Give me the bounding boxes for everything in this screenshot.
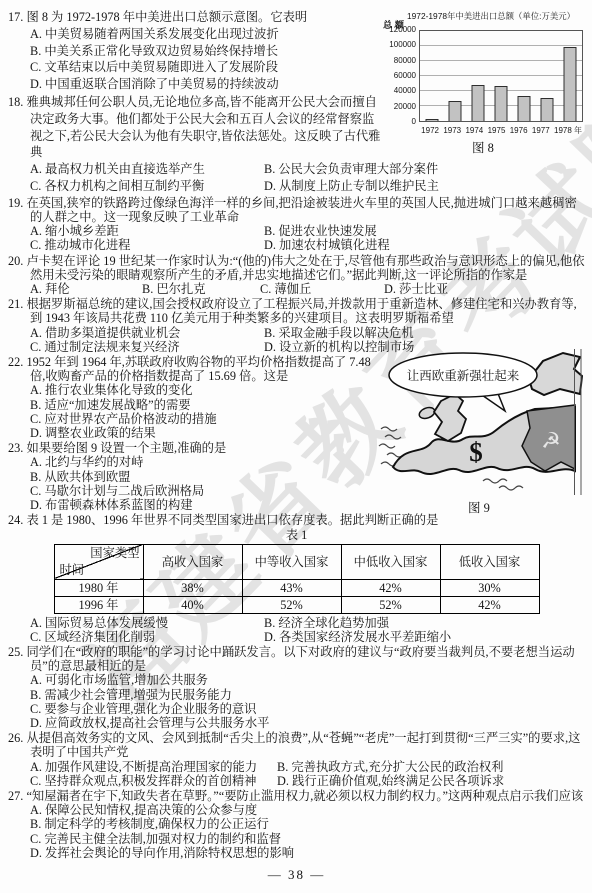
x-tick-label: 1978: [552, 124, 574, 138]
bar-1977: [541, 98, 554, 121]
question-24-options: A. 国际贸易总体发展缓慢B. 经济全球化趋势加强C. 区域经济集团化削弱D. …: [8, 616, 585, 644]
question-number: 17.: [8, 10, 26, 24]
x-tick-label: 1977: [530, 124, 552, 138]
question-20-option-C: C. 薄伽丘: [260, 282, 384, 296]
y-tick-label: 120000: [382, 26, 416, 34]
exam-page: 福建省教育考试院 总额 1972-1978年中美进出口总额（单位:万美元） 02…: [0, 0, 592, 893]
table-row-label: 1980 年: [54, 579, 143, 596]
question-19-option-A: A. 缩小城乡差距: [30, 224, 264, 238]
x-axis-unit: 年: [574, 124, 583, 138]
question-26-option-B: B. 完善执政方式,充分扩大公民的政治权利: [277, 760, 585, 774]
table-cell: 43%: [242, 579, 341, 596]
figure8-chart: 总额 1972-1978年中美进出口总额（单位:万美元） 02000040000…: [381, 9, 585, 155]
chart-x-ticks: 1972197319741975197619771978年: [419, 124, 583, 138]
question-21: 21. 根据罗斯福总统的建议,国会授权政府设立了工程振兴局,并拨款用于重新造林、…: [8, 297, 585, 354]
x-tick-label: 1976: [508, 124, 530, 138]
gridline: [420, 75, 582, 76]
page-content: 总额 1972-1978年中美进出口总额（单位:万美元） 02000040000…: [0, 0, 592, 882]
question-26-options: A. 加强作风建设,不断提高治理国家的能力B. 完善执政方式,充分扩大公民的政治…: [8, 760, 585, 788]
x-tick-label: 1975: [485, 124, 507, 138]
question-18-option-C: C. 各权力机构之间相互制约平衡: [30, 178, 264, 195]
question-21-option-B: B. 采取金融手段以解决危机: [264, 326, 585, 340]
question-19-options: A. 缩小城乡差距B. 促进农业快速发展C. 推动城市化进程D. 加速农村城镇化…: [8, 224, 585, 252]
table1: 国家类型时间高收入国家中等收入国家中低收入国家低收入国家 1980 年38%43…: [54, 544, 540, 614]
section-q17-q18: 总额 1972-1978年中美进出口总额（单位:万美元） 02000040000…: [8, 9, 585, 195]
x-tick-label: 1973: [441, 124, 463, 138]
table1-caption: 表 1: [8, 528, 585, 542]
hammer-sickle-icon: ☭: [541, 428, 561, 453]
ireland-island: [418, 406, 436, 421]
table-cell: 42%: [440, 596, 539, 613]
question-25-option-A: A. 可弱化市场监管,增加公共服务: [30, 673, 585, 687]
table1-body: 1980 年38%43%42%30%1996 年40%52%52%42%: [54, 579, 539, 613]
question-27-option-C: C. 完善民主健全法制,加强对权力的制约和监督: [30, 832, 585, 846]
question-27-option-B: B. 制定科学的考核制度,确保权力的公正运行: [30, 817, 585, 831]
y-tick-label: 40000: [382, 87, 416, 95]
figure8-caption: 图 8: [381, 141, 585, 155]
table-row: 1980 年38%43%42%30%: [54, 579, 539, 596]
question-24-option-C: C. 区域经济集团化削弱: [30, 630, 264, 644]
figure9-cartoon: ☭ $ 让西欧重新强壮起来 图 9: [375, 349, 583, 515]
table-col-header: 低收入国家: [440, 544, 539, 579]
question-number: 24.: [8, 513, 26, 527]
question-20-text: 20. 卢卡契在评论 19 世纪某一作家时认为:“(他的)伟大之处在于,尽管他有…: [8, 254, 585, 282]
question-20: 20. 卢卡契在评论 19 世纪某一作家时认为:“(他的)伟大之处在于,尽管他有…: [8, 254, 585, 297]
question-22-text: 22. 1952 年到 1964 年,苏联政府收购谷物的平均价格指数提高了 7.…: [8, 355, 371, 383]
table-cell: 52%: [341, 596, 440, 613]
y-tick-label: 60000: [382, 72, 416, 80]
question-number: 20.: [8, 254, 26, 268]
question-18-option-A: A. 最高权力机关由直接选举产生: [30, 161, 264, 178]
question-20-options: A. 拜伦B. 巴尔扎克C. 薄伽丘D. 莎士比亚: [8, 282, 585, 296]
europe-map-cartoon: ☭ $ 让西欧重新强壮起来: [375, 349, 583, 495]
bar-1976: [518, 96, 531, 121]
figure9-caption: 图 9: [375, 501, 583, 515]
table-cell: 38%: [143, 579, 242, 596]
question-27-options: A. 保障公民知情权,提高决策的公众参与度B. 制定科学的考核制度,确保权力的公…: [8, 803, 585, 860]
question-19-option-D: D. 加速农村城镇化进程: [264, 238, 585, 252]
page-number: — 38 —: [8, 868, 585, 882]
question-19-option-B: B. 促进农业快速发展: [264, 224, 585, 238]
question-number: 18.: [8, 95, 26, 109]
question-number: 27.: [8, 789, 26, 803]
question-18-option-D: D. 从制度上防止专制以维护民主: [264, 178, 585, 195]
gridline: [420, 60, 582, 61]
question-number: 25.: [8, 645, 26, 659]
question-26-option-C: C. 坚持群众观点,积极发挥群众的首创精神: [30, 774, 277, 788]
question-number: 26.: [8, 731, 26, 745]
question-24-option-B: B. 经济全球化趋势加强: [264, 616, 585, 630]
x-tick-label: 1974: [463, 124, 485, 138]
question-26-text: 26. 从提倡高效务实的文风、会风到抵制“舌尖上的浪费”,从“苍蝇”“老虎”一起…: [8, 731, 585, 759]
x-tick-label: 1972: [419, 124, 441, 138]
question-26: 26. 从提倡高效务实的文风、会风到抵制“舌尖上的浪费”,从“苍蝇”“老虎”一起…: [8, 731, 585, 788]
question-number: 19.: [8, 196, 26, 210]
bar-1973: [448, 101, 461, 121]
speech-bubble-text: 让西欧重新强壮起来: [407, 368, 520, 383]
question-20-option-D: D. 莎士比亚: [384, 282, 585, 296]
question-number: 22.: [8, 355, 26, 369]
chart-plot: [419, 30, 583, 122]
bar-1972: [425, 119, 438, 121]
question-25-text: 25. 同学们在“政府的职能”的学习讨论中踊跃发言。以下对政府的建议与“政府要当…: [8, 645, 585, 673]
question-20-option-A: A. 拜伦: [30, 282, 142, 296]
bar-1974: [471, 85, 484, 121]
question-19-option-C: C. 推动城市化进程: [30, 238, 264, 252]
question-25-option-D: D. 应简政放权,提高社会管理与公共服务水平: [30, 716, 585, 730]
bar-1975: [495, 86, 508, 121]
question-18-text: 18. 雅典城邦任何公职人员,无论地位多高,皆不能离开公民大会而擅自决定政务大事…: [8, 94, 385, 161]
question-18-options: A. 最高权力机关由直接选举产生B. 公民大会负责审理大部分案件C. 各权力机构…: [8, 161, 585, 195]
question-26-option-A: A. 加强作风建设,不断提高治理国家的能力: [30, 760, 277, 774]
question-24-options: A. 国际贸易总体发展缓慢B. 经济全球化趋势加强C. 区域经济集团化削弱D. …: [8, 616, 585, 644]
y-tick-label: 0: [382, 118, 416, 126]
question-number: 21.: [8, 297, 26, 311]
question-25: 25. 同学们在“政府的职能”的学习讨论中踊跃发言。以下对政府的建议与“政府要当…: [8, 645, 585, 730]
table-col-header: 高收入国家: [143, 544, 242, 579]
question-25-option-C: C. 要参与企业管理,强化为企业服务的意识: [30, 702, 585, 716]
question-24-option-A: A. 国际贸易总体发展缓慢: [30, 616, 264, 630]
table-col-header: 中等收入国家: [242, 544, 341, 579]
question-25-option-B: B. 需减少社会管理,增强为民服务能力: [30, 688, 585, 702]
table-row: 1996 年40%52%52%42%: [54, 596, 539, 613]
table-row-label: 1996 年: [54, 596, 143, 613]
question-number: 23.: [8, 441, 26, 455]
question-27-text: 27. “知屋漏者在宇下,知政失者在草野。”“要防止滥用权力,就必须以权力制约权…: [8, 789, 585, 803]
table1-head: 国家类型时间高收入国家中等收入国家中低收入国家低收入国家: [54, 544, 539, 579]
corner-label-top: 国家类型: [90, 546, 139, 560]
gridline: [420, 45, 582, 46]
table-cell: 40%: [143, 596, 242, 613]
question-20-option-B: B. 巴尔扎克: [142, 282, 260, 296]
question-27-option-A: A. 保障公民知情权,提高决策的公众参与度: [30, 803, 585, 817]
question-27-option-D: D. 发挥社会舆论的导向作用,消除特权思想的影响: [30, 846, 585, 860]
uk-island: [434, 394, 466, 441]
table-cell: 42%: [341, 579, 440, 596]
table-col-header: 中低收入国家: [341, 544, 440, 579]
question-21-option-A: A. 借助多渠道提供就业机会: [30, 326, 264, 340]
question-19: 19. 在英国,狭窄的铁路跨过像绿色海洋一样的乡间,把沿途被装进火车里的英国人民…: [8, 196, 585, 253]
table-cell: 30%: [440, 579, 539, 596]
y-tick-label: 100000: [382, 41, 416, 49]
y-tick-label: 80000: [382, 57, 416, 65]
corner-label-bottom: 时间: [60, 563, 85, 577]
question-25-options: A. 可弱化市场监管,增加公共服务B. 需减少社会管理,增强为民服务能力C. 要…: [8, 673, 585, 730]
chart-plot-row: 020000400006000080000100000120000: [419, 30, 585, 122]
table-corner-cell: 国家类型时间: [54, 544, 143, 579]
section-q22-q23: ☭ $ 让西欧重新强壮起来 图 9 22. 1952 年到 1964 年,苏联政…: [8, 355, 585, 512]
question-26-option-D: D. 践行正确价值观,始终满足公民各项诉求: [277, 774, 585, 788]
question-21-text: 21. 根据罗斯福总统的建议,国会授权政府设立了工程振兴局,并拨款用于重新造林、…: [8, 297, 585, 325]
question-18-option-B: B. 公民大会负责审理大部分案件: [264, 161, 585, 178]
question-21-option-C: C. 通过制定法规来复兴经济: [30, 340, 264, 354]
chart-title: 1972-1978年中美进出口总额（单位:万美元）: [381, 9, 585, 23]
table-cell: 52%: [242, 596, 341, 613]
question-19-text: 19. 在英国,狭窄的铁路跨过像绿色海洋一样的乡间,把沿途被装进火车里的英国人民…: [8, 196, 585, 224]
y-tick-label: 20000: [382, 103, 416, 111]
dollar-symbol: $: [469, 437, 483, 467]
bar-1978: [564, 47, 577, 121]
question-24-option-D: D. 各类国家经济发展水平差距缩小: [264, 630, 585, 644]
question-27: 27. “知屋漏者在宇下,知政失者在草野。”“要防止滥用权力,就必须以权力制约权…: [8, 789, 585, 860]
